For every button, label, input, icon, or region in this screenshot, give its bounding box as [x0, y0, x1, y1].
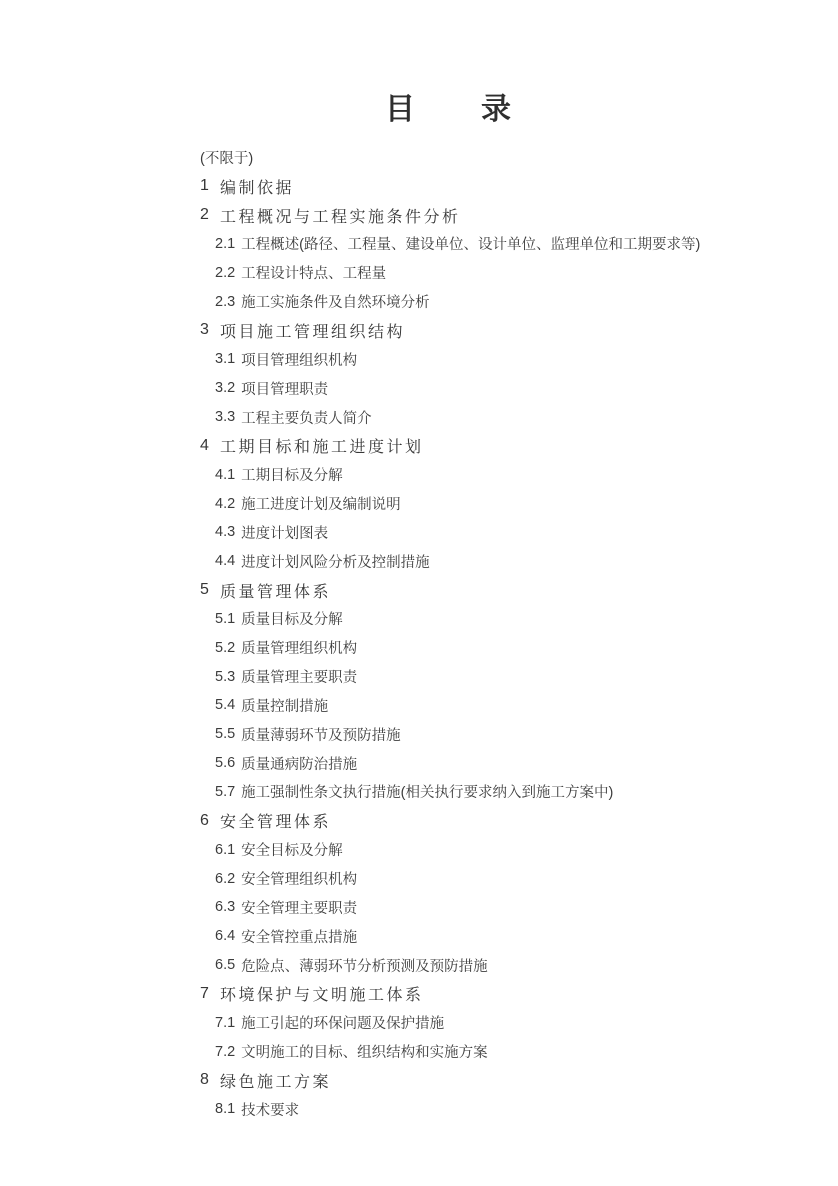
toc-entry: 5.6 质量通病防治措施 — [200, 749, 760, 778]
toc-entry-label: 施工引起的环保问题及保护措施 — [241, 1012, 444, 1033]
toc-entry: 7.1 施工引起的环保问题及保护措施 — [200, 1008, 760, 1037]
toc-entry: 7 环境保护与文明施工体系 — [200, 979, 760, 1008]
toc-entry: 2 工程概况与工程实施条件分析 — [200, 201, 760, 230]
toc-entry: 2.2 工程设计特点、工程量 — [200, 258, 760, 287]
toc-entry-label: 项目管理组织机构 — [241, 349, 357, 370]
toc-entry: 5.3 质量管理主要职责 — [200, 662, 760, 691]
toc-entry-label: 工程概况与工程实施条件分析 — [220, 204, 461, 227]
toc-entry-label: 项目施工管理组织结构 — [220, 319, 405, 342]
toc-entry-number: 5.4 — [215, 697, 235, 713]
toc-entry-label: 施工强制性条文执行措施(相关执行要求纳入到施工方案中) — [241, 781, 613, 802]
toc-entry: 1 编制依据 — [200, 172, 760, 201]
toc-entry: 8 绿色施工方案 — [200, 1066, 760, 1095]
toc-entry-number: 6.5 — [215, 957, 235, 973]
toc-entry: 4 工期目标和施工进度计划 — [200, 431, 760, 460]
toc-entry: 7.2 文明施工的目标、组织结构和实施方案 — [200, 1037, 760, 1066]
toc-entry: 4.4 进度计划风险分析及控制措施 — [200, 547, 760, 576]
toc-entry-number: 3.1 — [215, 351, 235, 367]
toc-entry: 6 安全管理体系 — [200, 806, 760, 835]
toc-entry-label: 绿色施工方案 — [220, 1069, 331, 1092]
document-page: 目 录 (不限于) 1 编制依据 2 工程概况与工程实施条件分析 2.1 工程概… — [0, 0, 838, 1186]
toc-entry-label: 安全管理组织机构 — [241, 868, 357, 889]
toc-entry-label: 质量薄弱环节及预防措施 — [241, 724, 401, 745]
toc-entry-number: 2.3 — [215, 294, 235, 310]
toc-entry-label: 进度计划图表 — [241, 522, 328, 543]
toc-entry: 6.4 安全管控重点措施 — [200, 922, 760, 951]
toc-entry-number: 5.5 — [215, 726, 235, 742]
toc-entry: 5.1 质量目标及分解 — [200, 605, 760, 634]
toc-entry: 4.2 施工进度计划及编制说明 — [200, 489, 760, 518]
toc-entry: 3.3 工程主要负责人简介 — [200, 403, 760, 432]
toc-entry-number: 5.7 — [215, 784, 235, 800]
toc-entry-number: 5 — [200, 581, 220, 599]
toc-entry-number: 4.2 — [215, 496, 235, 512]
toc-entry: 6.5 危险点、薄弱环节分析预测及预防措施 — [200, 951, 760, 980]
toc-entry-number: 6 — [200, 812, 220, 830]
toc-entry-number: 5.1 — [215, 611, 235, 627]
toc-entry-label: 质量通病防治措施 — [241, 753, 357, 774]
toc-entry-number: 4.4 — [215, 553, 235, 569]
toc-note: (不限于) — [200, 143, 760, 172]
toc-entry-number: 2 — [200, 206, 220, 224]
toc-entry-label: 工程设计特点、工程量 — [241, 262, 386, 283]
toc-entry: 2.1 工程概述(路径、工程量、建设单位、设计单位、监理单位和工期要求等) — [200, 230, 760, 259]
toc-entry-label: 质量管理组织机构 — [241, 637, 357, 658]
toc-entry-number: 7 — [200, 985, 220, 1003]
toc-entry: 5.2 质量管理组织机构 — [200, 633, 760, 662]
toc-entry-number: 6.3 — [215, 899, 235, 915]
toc-entry-label: 编制依据 — [220, 175, 294, 198]
toc-entry: 6.1 安全目标及分解 — [200, 835, 760, 864]
page-title: 目 录 — [0, 0, 838, 126]
toc-entry: 5.7 施工强制性条文执行措施(相关执行要求纳入到施工方案中) — [200, 778, 760, 807]
toc-entry: 4.3 进度计划图表 — [200, 518, 760, 547]
toc-entry-label: 工期目标和施工进度计划 — [220, 434, 424, 457]
toc-entry: 3.1 项目管理组织机构 — [200, 345, 760, 374]
toc-entry-number: 3.2 — [215, 380, 235, 396]
toc-entry-label: 质量管理体系 — [220, 579, 331, 602]
toc-entry-label: 工期目标及分解 — [241, 464, 343, 485]
toc-entry-number: 1 — [200, 177, 220, 195]
toc-entry: 8.1 技术要求 — [200, 1095, 760, 1124]
toc-entry: 6.3 安全管理主要职责 — [200, 893, 760, 922]
toc-entry: 5 质量管理体系 — [200, 576, 760, 605]
toc-entry-number: 6.4 — [215, 928, 235, 944]
toc-entry-label: 施工实施条件及自然环境分析 — [241, 291, 430, 312]
toc-entry: 2.3 施工实施条件及自然环境分析 — [200, 287, 760, 316]
toc-entry-label: 项目管理职责 — [241, 378, 328, 399]
toc-entry-number: 4 — [200, 437, 220, 455]
toc-entry-label: 施工进度计划及编制说明 — [241, 493, 401, 514]
toc-entry: 5.5 质量薄弱环节及预防措施 — [200, 720, 760, 749]
toc-entry-number: 4.3 — [215, 524, 235, 540]
toc-entry: 6.2 安全管理组织机构 — [200, 864, 760, 893]
toc-entry-label: 安全目标及分解 — [241, 839, 343, 860]
toc-entry-label: 安全管理体系 — [220, 809, 331, 832]
toc-entry-label: 质量管理主要职责 — [241, 666, 357, 687]
toc-entry: 5.4 质量控制措施 — [200, 691, 760, 720]
toc-entry-number: 8.1 — [215, 1101, 235, 1117]
toc-entry-label: 危险点、薄弱环节分析预测及预防措施 — [241, 955, 488, 976]
toc-entry-label: 质量控制措施 — [241, 695, 328, 716]
toc-entry-number: 8 — [200, 1071, 220, 1089]
toc-entry-number: 6.1 — [215, 842, 235, 858]
toc-entry-number: 5.3 — [215, 669, 235, 685]
toc-entry: 3.2 项目管理职责 — [200, 374, 760, 403]
toc-entry-label: 工程主要负责人简介 — [241, 407, 372, 428]
toc-entry-number: 7.1 — [215, 1015, 235, 1031]
toc-entry-label: 技术要求 — [241, 1099, 299, 1120]
toc-entry-number: 3.3 — [215, 409, 235, 425]
toc-entry-label: 安全管控重点措施 — [241, 926, 357, 947]
toc-entry-label: 工程概述(路径、工程量、建设单位、设计单位、监理单位和工期要求等) — [241, 233, 700, 254]
toc-entry-label: 环境保护与文明施工体系 — [220, 982, 424, 1005]
toc-entry-label: 安全管理主要职责 — [241, 897, 357, 918]
toc-entry-number: 2.1 — [215, 236, 235, 252]
toc-entry-label: 质量目标及分解 — [241, 608, 343, 629]
toc-entry-number: 7.2 — [215, 1044, 235, 1060]
toc-entry: 4.1 工期目标及分解 — [200, 460, 760, 489]
toc-entry-number: 5.2 — [215, 640, 235, 656]
toc-entry-number: 3 — [200, 321, 220, 339]
toc-entry-label: 进度计划风险分析及控制措施 — [241, 551, 430, 572]
toc-entry: 3 项目施工管理组织结构 — [200, 316, 760, 345]
toc-entry-label: 文明施工的目标、组织结构和实施方案 — [241, 1041, 488, 1062]
toc-entry-number: 2.2 — [215, 265, 235, 281]
toc-entry-number: 5.6 — [215, 755, 235, 771]
toc-entry-number: 6.2 — [215, 871, 235, 887]
toc-entry-number: 4.1 — [215, 467, 235, 483]
toc-list: (不限于) 1 编制依据 2 工程概况与工程实施条件分析 2.1 工程概述(路径… — [200, 143, 760, 1124]
